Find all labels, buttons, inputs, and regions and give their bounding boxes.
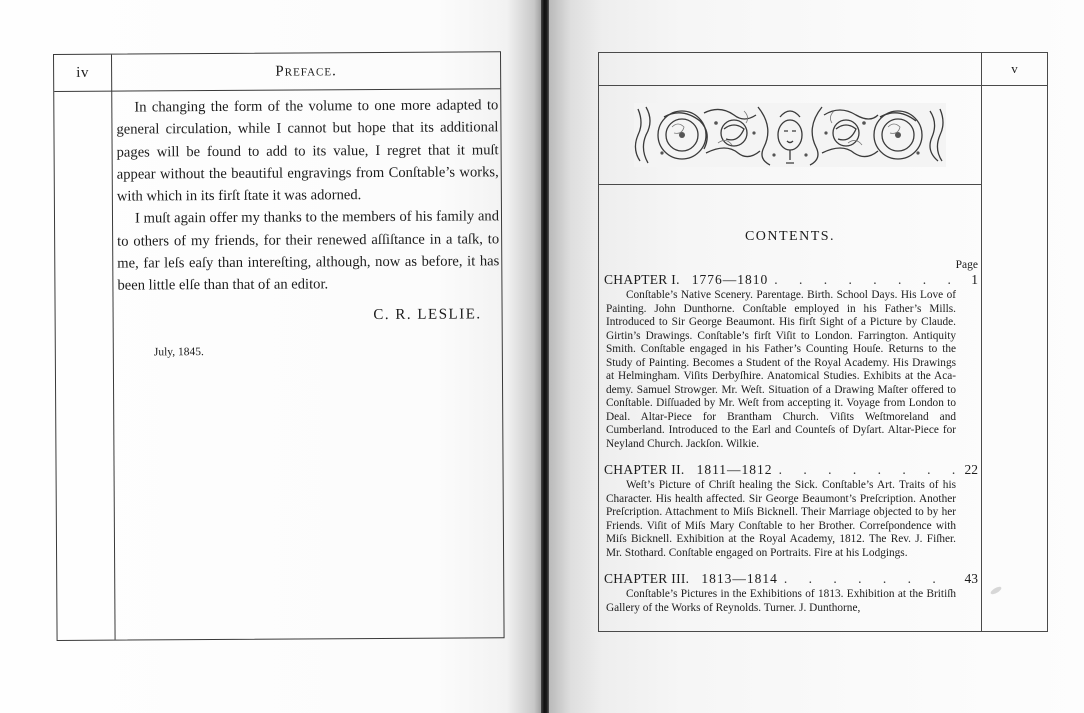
signature: C. R. LESLIE.: [118, 303, 500, 328]
leader-dots: . . . . . . . . . . . . . . . . . . . . …: [779, 462, 958, 478]
chapter-label: CHAPTER II.: [604, 462, 685, 478]
spacer: [599, 560, 981, 571]
page-column-label: Page: [599, 259, 981, 272]
chapter-summary: Weſt’s Picture of Chriſt healing the Sic…: [604, 479, 981, 560]
left-page: iv Preface. In changing the form of the …: [0, 0, 545, 713]
chapter-label: CHAPTER I.: [604, 272, 680, 288]
chapter-heading: CHAPTER III. 1813—1814 . . . . . . . . .…: [604, 571, 981, 587]
preface-paragraph: In changing the form of the volume to on…: [116, 94, 499, 208]
spacer: [599, 451, 981, 462]
chapter-page: 1: [958, 272, 981, 288]
chapter-summary: Conſtable’s Native Scenery. Parentage. B…: [604, 289, 981, 451]
chapter-page: 43: [958, 571, 981, 587]
folio-number: iv: [54, 55, 112, 92]
chapter-heading: CHAPTER I. 1776—1810 . . . . . . . . . .…: [604, 272, 981, 288]
contents-frame: v: [598, 52, 1048, 632]
preface-frame: iv Preface. In changing the form of the …: [53, 51, 505, 641]
chapter-page: 22: [958, 462, 981, 478]
folio-number: v: [981, 53, 1047, 86]
date-line: July, 1845.: [154, 339, 500, 363]
preface-body: In changing the form of the volume to on…: [116, 94, 500, 364]
ornament-band: [599, 86, 981, 185]
chapter-heading: CHAPTER II. 1811—1812 . . . . . . . . . …: [604, 462, 981, 478]
chapter-entry: CHAPTER II. 1811—1812 . . . . . . . . . …: [604, 462, 981, 560]
chapter-summary: Conſtable’s Pictures in the Exhibitions …: [604, 588, 981, 615]
leader-dots: . . . . . . . . . . . . . . . . . . . . …: [774, 272, 958, 288]
margin-rule: [981, 85, 982, 631]
chapter-entry: CHAPTER I. 1776—1810 . . . . . . . . . .…: [604, 272, 981, 451]
margin-rule: [111, 91, 115, 640]
preface-paragraph: I muſt again offer my thanks to the memb…: [117, 206, 500, 298]
chapter-label: CHAPTER III.: [604, 571, 689, 587]
chapter-years: 1813—1814: [701, 571, 778, 587]
chapter-years: 1776—1810: [692, 272, 769, 288]
chapter-years: 1811—1812: [697, 462, 773, 478]
leader-dots: . . . . . . . . . . . . . . . . . . . . …: [784, 571, 958, 587]
book-gutter: [541, 0, 549, 713]
chapter-entry: CHAPTER III. 1813—1814 . . . . . . . . .…: [604, 571, 981, 615]
ornamental-headpiece-icon: [634, 103, 946, 167]
contents-title: CONTENTS.: [599, 229, 981, 245]
running-head: Preface.: [112, 52, 500, 91]
contents-section: CONTENTS. Page CHAPTER I. 1776—1810 . . …: [599, 185, 981, 631]
head-row: [599, 53, 981, 86]
